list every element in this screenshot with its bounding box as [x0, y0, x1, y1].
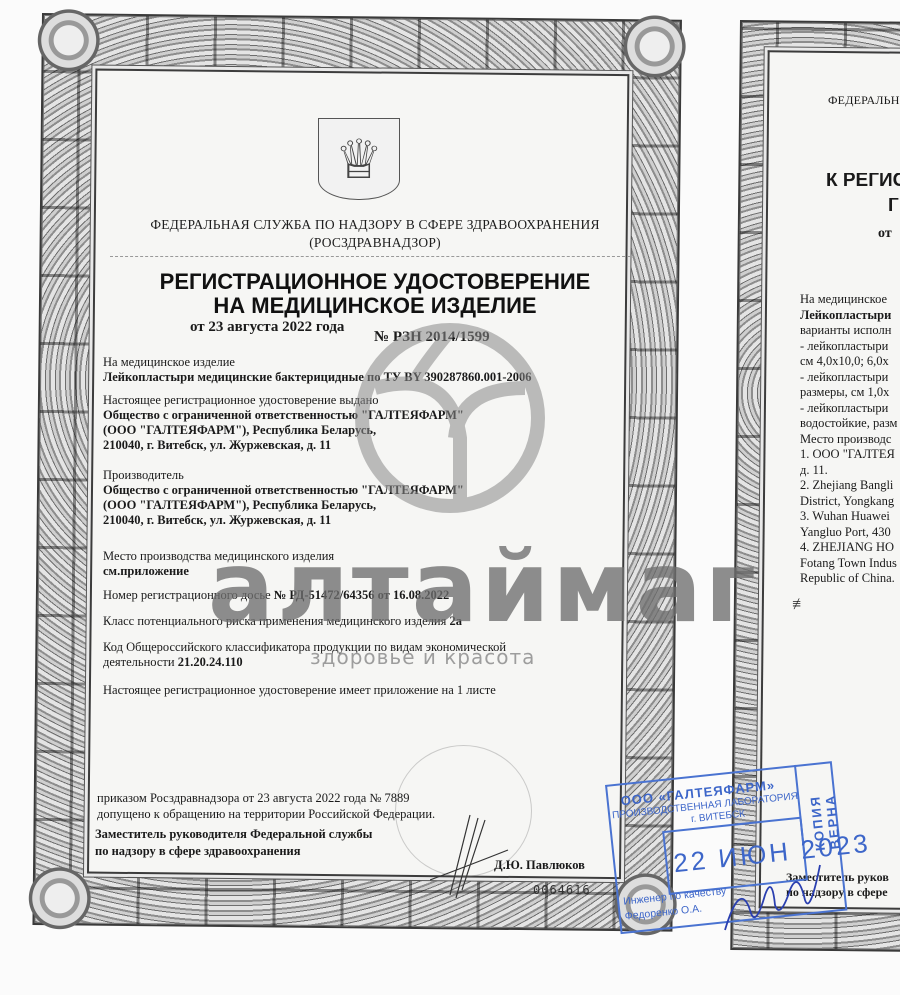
- appendix-line: На медицинское: [800, 292, 900, 308]
- appendix-body: На медицинскоеЛейкопластыриварианты испо…: [800, 292, 900, 587]
- agency-short-name: (РОСЗДРАВНАДЗОР): [95, 234, 655, 252]
- appendix-line: Republic of China.: [800, 571, 900, 587]
- issue-date: от 23 августа 2022 года: [190, 319, 344, 336]
- appendix-line: 3. Wuhan Huawei: [800, 509, 900, 525]
- title-line: НА МЕДИЦИНСКОЕ ИЗДЕЛИЕ: [95, 294, 655, 318]
- appendix-title-line2: Г: [888, 198, 899, 214]
- signer-title-line: Заместитель руководителя Федеральной слу…: [95, 826, 372, 843]
- watermark-brand: алтаймаг: [208, 538, 759, 638]
- watermark-logo-icon: [350, 318, 550, 518]
- document-title: РЕГИСТРАЦИОННОЕ УДОСТОВЕРЕНИЕ НА МЕДИЦИН…: [95, 270, 655, 318]
- order-line: приказом Росздравнадзора от 23 августа 2…: [97, 790, 435, 806]
- appendix-line: - лейкопластыри: [800, 339, 900, 355]
- appendix-line: д. 11.: [800, 463, 900, 479]
- appendix-date: от: [878, 226, 892, 242]
- corner-ornament: [24, 863, 95, 934]
- appendix-line: Yangluo Port, 430: [800, 525, 900, 541]
- appendix-agency: ФЕДЕРАЛЬН: [828, 93, 900, 109]
- order-line: допущено к обращению на территории Росси…: [97, 806, 435, 822]
- corner-ornament: [33, 5, 104, 76]
- divider: [110, 256, 630, 257]
- appendix-line: 2. Zhejiang Bangli: [800, 478, 900, 494]
- watermark-tagline: здоровье и красота: [310, 645, 535, 669]
- signature-icon: [430, 810, 510, 900]
- appendix-line: размеры, см 1,0х: [800, 385, 900, 401]
- appendix-line: водостойкие, разм: [800, 416, 900, 432]
- appendix-line: - лейкопластыри: [800, 401, 900, 417]
- appendix-line: District, Yongkang: [800, 494, 900, 510]
- appendix-line: 1. ООО "ГАЛТЕЯ: [800, 447, 900, 463]
- appendix-line: Fotang Town Indus: [800, 556, 900, 572]
- signer-title-line: по надзору в сфере здравоохранения: [95, 843, 372, 860]
- coat-of-arms-icon: ♕: [318, 118, 400, 200]
- title-line: РЕГИСТРАЦИОННОЕ УДОСТОВЕРЕНИЕ: [95, 270, 655, 294]
- corner-ornament: [619, 11, 690, 82]
- appendix-line: Место производс: [800, 432, 900, 448]
- appendix-line: - лейкопластыри: [800, 370, 900, 386]
- signer-title: Заместитель руководителя Федеральной слу…: [95, 826, 372, 860]
- field-value: 21.20.24.110: [178, 655, 243, 669]
- agency-header: ФЕДЕРАЛЬНАЯ СЛУЖБА ПО НАДЗОРУ В СФЕРЕ ЗД…: [95, 216, 655, 252]
- appendix-line: варианты исполн: [800, 323, 900, 339]
- handwritten-signature-icon: [720, 860, 830, 940]
- appendix-title: К РЕГИС: [826, 173, 900, 189]
- appendix-line: см 4,0х10,0; 6,0х: [800, 354, 900, 370]
- dash-mark: ≢: [792, 597, 808, 613]
- agency-name: ФЕДЕРАЛЬНАЯ СЛУЖБА ПО НАДЗОРУ В СФЕРЕ ЗД…: [95, 216, 655, 234]
- serial-number: 0064616: [533, 883, 591, 897]
- appendix-line: 4. ZHEJIANG HO: [800, 540, 900, 556]
- order-text: приказом Росздравнадзора от 23 августа 2…: [97, 790, 435, 822]
- field-label: деятельности: [103, 655, 175, 669]
- appendix-note: Настоящее регистрационное удостоверение …: [103, 683, 496, 698]
- appendix-line: Лейкопластыри: [800, 308, 900, 324]
- signer-name: Д.Ю. Павлюков: [494, 858, 585, 873]
